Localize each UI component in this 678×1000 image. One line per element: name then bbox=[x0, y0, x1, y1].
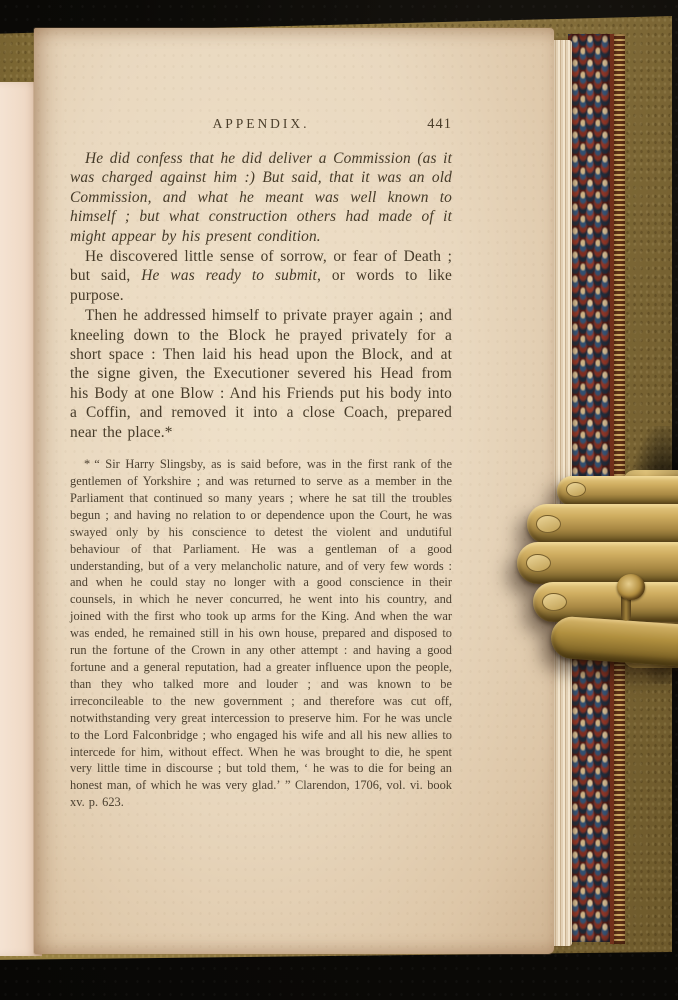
fingernail bbox=[566, 482, 586, 497]
hand-finger bbox=[533, 582, 678, 622]
hand-finger bbox=[557, 476, 678, 506]
fingernail bbox=[526, 554, 551, 572]
hand-thumb bbox=[550, 615, 678, 666]
running-header: APPENDIX. 441 bbox=[70, 116, 452, 134]
fingernail bbox=[542, 593, 567, 611]
page-number: 441 bbox=[427, 116, 452, 133]
fingernail bbox=[536, 515, 561, 533]
hand-finger bbox=[517, 542, 678, 584]
header-title: APPENDIX. bbox=[70, 116, 452, 132]
paragraph-confession: He did confess that he did deliver a Com… bbox=[70, 149, 452, 246]
book-photo: APPENDIX. 441 He did confess that he did… bbox=[0, 0, 678, 1000]
footnote: *“ Sir Harry Slingsby, as is said before… bbox=[70, 456, 452, 811]
book-page: APPENDIX. 441 He did confess that he did… bbox=[34, 28, 554, 954]
brass-hand-page-holder bbox=[505, 462, 678, 677]
footnote-text: “ Sir Harry Slingsby, as is said before,… bbox=[70, 457, 452, 809]
hand-finger bbox=[527, 504, 678, 544]
ring bbox=[617, 574, 645, 600]
paragraph-sorrow: He discovered little sense of sorrow, or… bbox=[70, 247, 452, 305]
page-text-block: APPENDIX. 441 He did confess that he did… bbox=[70, 116, 452, 811]
paragraph-sorrow-italic: He was ready to submit bbox=[141, 267, 317, 284]
paragraph-execution: Then he addressed himself to private pra… bbox=[70, 306, 452, 442]
footnote-marker-icon: * bbox=[84, 457, 90, 471]
